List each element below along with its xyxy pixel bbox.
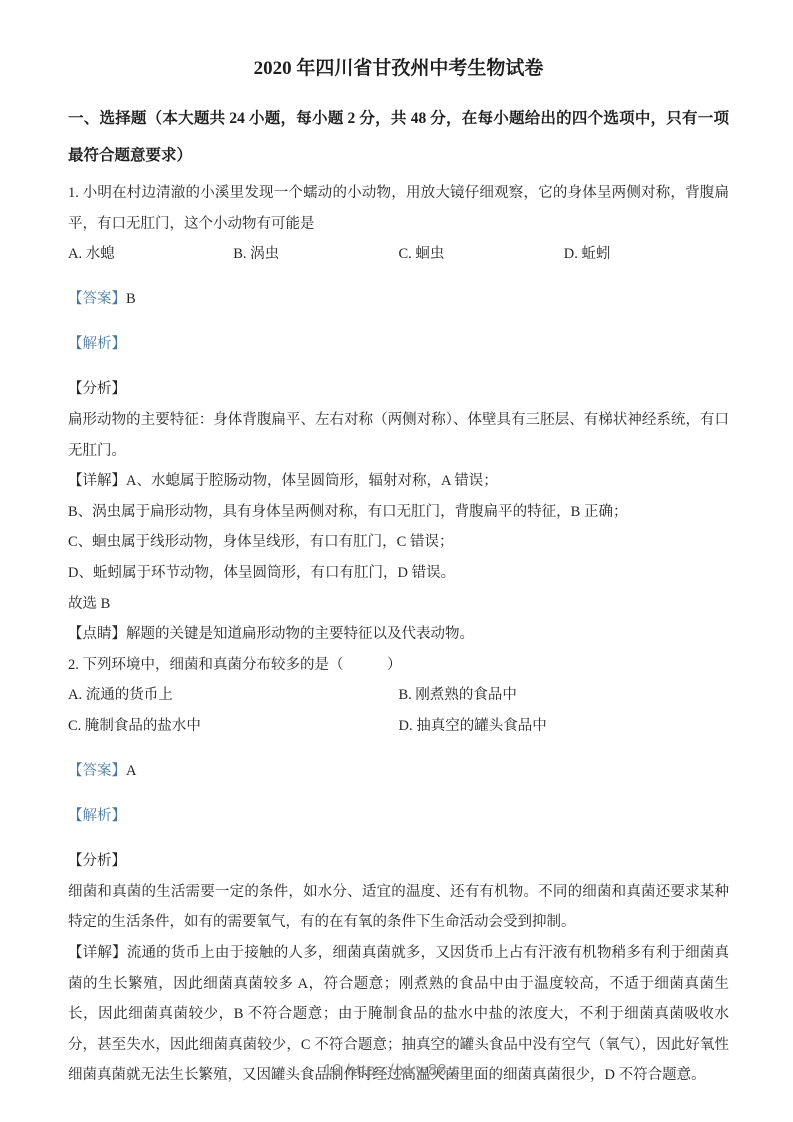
watermark-footer: 12 https://xkw88.cn [0, 1062, 793, 1080]
question-1-detail-line-d: D、蚯蚓属于环节动物，体呈圆筒形，有口有肛门，D 错误。 [68, 558, 729, 589]
question-1-detail-line-b: B、涡虫属于扁形动物，具有身体呈两侧对称，有口无肛门，背腹扁平的特征，B 正确； [68, 497, 729, 528]
answer-tag: 【答案】 [68, 763, 126, 779]
question-2-option-d: D. 抽真空的罐头食品中 [399, 711, 730, 742]
question-1-answer-value: B [126, 291, 136, 307]
question-2-analysis: 细菌和真菌的生活需要一定的条件，如水分、适宜的温度、还有有机物。不同的细菌和真菌… [68, 877, 729, 938]
question-1-option-a: A. 水螅 [68, 239, 233, 270]
section-header: 一、选择题（本大题共 24 小题，每小题 2 分，共 48 分，在每小题给出的四… [68, 100, 729, 174]
question-1-option-c: C. 蛔虫 [399, 239, 564, 270]
question-1-analysis: 扁形动物的主要特征：身体背腹扁平、左右对称（两侧对称）、体壁具有三胚层、有梯状神… [68, 405, 729, 466]
exam-paper-page: 2020 年四川省甘孜州中考生物试卷 一、选择题（本大题共 24 小题，每小题 … [0, 0, 793, 1122]
page-title: 2020 年四川省甘孜州中考生物试卷 [68, 54, 729, 84]
question-2-option-c: C. 腌制食品的盐水中 [68, 711, 399, 742]
answer-tag: 【答案】 [68, 291, 126, 307]
question-1-options: A. 水螅 B. 涡虫 C. 蛔虫 D. 蚯蚓 [68, 239, 729, 270]
question-2-option-b: B. 刚煮熟的食品中 [399, 680, 730, 711]
question-1-conclusion: 故选 B [68, 589, 729, 620]
question-1-detail-line-a: 【详解】A、水螅属于腔肠动物，体呈圆筒形，辐射对称，A 错误； [68, 466, 729, 497]
question-2-answer-line: 【答案】A [68, 756, 729, 787]
question-2-stem: 2. 下列环境中，细菌和真菌分布较多的是（ ） [68, 650, 729, 681]
jiexi-tag-q1: 【解析】 [68, 329, 729, 360]
question-1-dianjing: 【点睛】解题的关键是知道扁形动物的主要特征以及代表动物。 [68, 619, 729, 650]
question-2-answer-value: A [126, 763, 136, 779]
question-2-option-a: A. 流通的货币上 [68, 680, 399, 711]
question-1-option-b: B. 涡虫 [233, 239, 398, 270]
fenxi-tag-q1: 【分析】 [68, 374, 729, 405]
jiexi-tag-q2: 【解析】 [68, 801, 729, 832]
question-1-detail-line-c: C、蛔虫属于线形动物，身体呈线形，有口有肛门，C 错误； [68, 527, 729, 558]
question-1-answer-line: 【答案】B [68, 284, 729, 315]
fenxi-tag-q2: 【分析】 [68, 846, 729, 877]
question-2-options: A. 流通的货币上 B. 刚煮熟的食品中 C. 腌制食品的盐水中 D. 抽真空的… [68, 680, 729, 741]
question-1-option-d: D. 蚯蚓 [564, 239, 729, 270]
question-1-stem: 1. 小明在村边清澈的小溪里发现一个蠕动的小动物，用放大镜仔细观察，它的身体呈两… [68, 178, 729, 239]
